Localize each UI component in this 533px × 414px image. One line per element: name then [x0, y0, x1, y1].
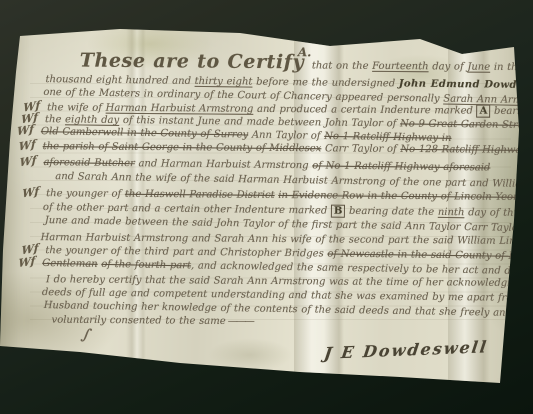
text-segment: the — [45, 114, 65, 125]
document-line: voluntarily consented to the same ——— — [52, 315, 254, 328]
text-segment: the younger of — [46, 188, 125, 200]
text-segment: ninth — [438, 207, 465, 218]
text-segment: thousand eight hundred and — [45, 74, 194, 87]
margin-initials: Wf — [17, 122, 35, 138]
text-segment: in Evidence Row in the County of Lincoln… — [278, 190, 533, 203]
document-line: Wfthe younger of the Haswell Paradise Di… — [46, 188, 533, 203]
text-segment: that on the — [308, 60, 372, 72]
text-segment: Harman Harbuist Armstrong and Sarah Ann … — [41, 232, 533, 247]
paraph-mark: ∫ — [80, 324, 94, 345]
text-segment: Harman Harbuist Armstrong — [106, 103, 254, 115]
text-segment: aforesaid Butcher — [43, 157, 134, 169]
text-segment: bearing date the — [345, 206, 438, 218]
handwritten-text-block: A. These are to Certify that on the Four… — [0, 0, 533, 414]
document-photo: A. These are to Certify that on the Four… — [0, 0, 533, 414]
text-segment: and produced a certain Indenture marked — [253, 104, 476, 117]
document-line: and Sarah Ann the wife of the said Harma… — [55, 171, 533, 191]
text-segment: the Haswell Paradise District — [125, 189, 275, 201]
text-segment: eighth day — [65, 114, 119, 126]
margin-initials: Wf — [18, 254, 36, 270]
parchment-paper: A. These are to Certify that on the Four… — [0, 0, 533, 414]
text-segment: of Newcastle in the said County of Linco… — [327, 249, 533, 263]
text-segment: day of this instant — [464, 207, 533, 219]
text-segment: June — [467, 62, 490, 73]
document-lines: These are to Certify that on the Fourtee… — [0, 0, 533, 6]
signature: J E Dowdeswell — [323, 337, 489, 363]
text-segment: day of — [429, 61, 468, 72]
text-segment: of the other part and a certain other In… — [43, 202, 331, 217]
text-segment: Gentleman — [42, 258, 98, 270]
text-segment: and Sarah Ann the wife of the said Harma… — [55, 171, 533, 191]
document-line: These are to Certify that on the Fourtee… — [80, 50, 533, 76]
text-segment: No 1 Ratcliff Highway in — [324, 131, 451, 144]
text-segment: John Edmund Dowdeswell — [399, 78, 533, 91]
margin-initials: Wf — [19, 137, 36, 153]
text-segment: B — [331, 205, 346, 218]
text-segment: in the year one — [490, 62, 533, 74]
text-segment: before me the undersigned — [252, 77, 399, 90]
text-segment: the parish of Saint George in the County… — [43, 141, 322, 154]
text-segment: No 128 Ratcliff Highway — [400, 144, 527, 156]
text-segment: No 9 Great Garden Street — [400, 118, 533, 131]
text-segment: thirty eight — [195, 76, 253, 88]
text-segment: the wife of — [47, 102, 106, 113]
margin-initials: Wf — [19, 153, 36, 169]
document-line: Wfthe parish of Saint George in the Coun… — [43, 141, 527, 156]
text-segment: Fourteenth — [372, 61, 428, 72]
text-segment: These are to Certify — [80, 50, 305, 74]
text-segment: Old Camberwell in the County of Surrey — [41, 126, 248, 140]
text-segment: Ann Taylor of — [248, 130, 324, 142]
document-line: Harman Harbuist Armstrong and Sarah Ann … — [41, 232, 533, 247]
text-segment: bearing date — [490, 106, 533, 118]
text-segment: of No 1 Ratcliff Highway aforesaid — [312, 160, 490, 173]
text-segment: the younger of the third part and Christ… — [45, 245, 327, 259]
text-segment: ——— — [226, 316, 254, 327]
margin-initials: Wf — [22, 184, 39, 200]
text-segment: and Harman Harbuist Armstrong — [135, 158, 313, 171]
text-segment: Carr Taylor of — [321, 143, 400, 155]
text-segment: A — [477, 105, 491, 118]
text-segment: of the fourth part — [101, 259, 191, 271]
text-segment: voluntarily consented to the same — [52, 315, 226, 327]
